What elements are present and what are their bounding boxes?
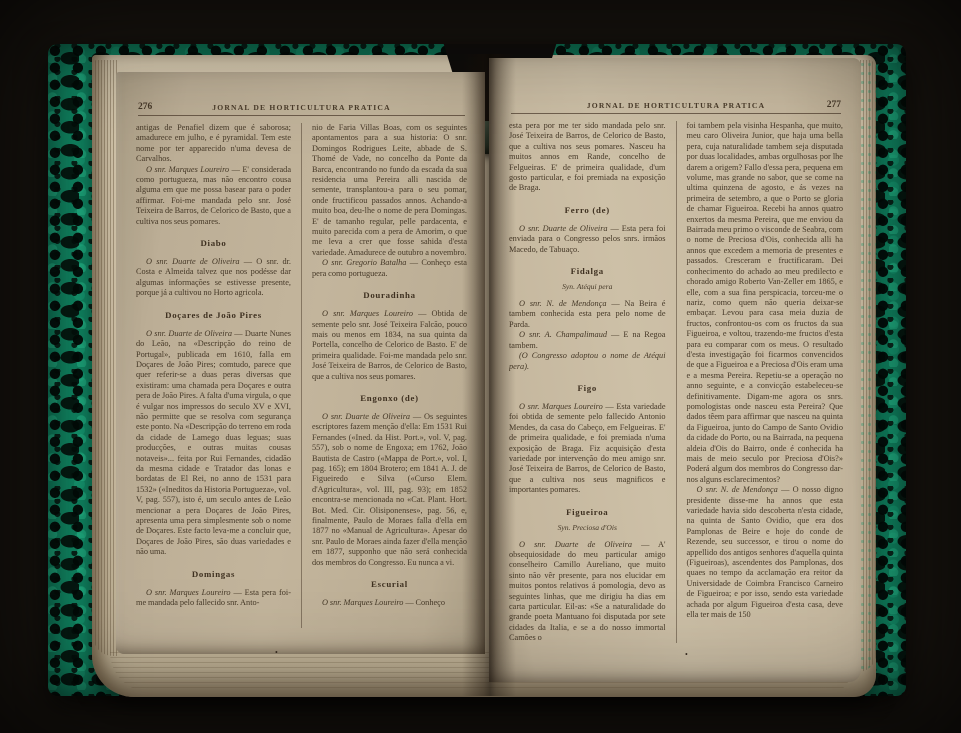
speaker-name: O snr. A. Champalimaud	[519, 330, 611, 339]
paragraph: O snr. Duarte de Oliveira — Duarte Nunes…	[136, 329, 291, 558]
speaker-name: O snr. Gregorio Batalha	[322, 258, 410, 267]
paragraph: O snr. Marques Loureiro — Obtida de seme…	[312, 309, 467, 382]
paragraph: O snr. Duarte de Oliveira — O snr. dr. C…	[136, 257, 291, 299]
speaker-name: O snr. Marques Loureiro	[322, 309, 418, 318]
variety-heading: Ferro (de)	[509, 206, 666, 215]
paragraph: nio de Faria Villas Boas, com os seguint…	[312, 123, 467, 258]
variety-heading: Douradinha	[312, 291, 467, 300]
synonym-line: Syn. Atéqui pera	[509, 282, 666, 291]
speaker-name: O snr. Marques Loureiro	[146, 165, 232, 174]
text-columns: antigas de Penafiel dizem que é saborosa…	[136, 123, 467, 628]
paragraph: O snr. N. de Mendonça — O nosso digno pr…	[687, 485, 844, 620]
paragraph: O snr. N. de Mendonça — Na Beira é tambe…	[509, 299, 666, 330]
running-head: 276 JORNAL DE HORTICULTURA PRATICA	[138, 102, 465, 116]
paragraph: foi tambem pela visinha Hespanha, que mu…	[687, 121, 844, 485]
paragraph: O snr. Gregorio Batalha — Conheço esta p…	[312, 258, 467, 279]
speaker-name: O snr. Marques Loureiro	[519, 402, 605, 411]
paragraph: O snr. Marques Loureiro — E' considerada…	[136, 165, 291, 227]
paragraph: (O Congresso adoptou o nome de Atéqui pe…	[509, 351, 666, 372]
paragraph: O snr. Marques Loureiro — Esta variedade…	[509, 402, 666, 496]
column: esta pera por me ter sido mandada pelo s…	[509, 121, 676, 643]
page-left-276: 276 JORNAL DE HORTICULTURA PRATICA antig…	[116, 72, 485, 654]
page-right-277: JORNAL DE HORTICULTURA PRATICA 277 esta …	[489, 58, 861, 682]
speaker-name: O snr. N. de Mendonça	[519, 299, 611, 308]
signature-mark: •	[275, 648, 278, 657]
column: foi tambem pela visinha Hespanha, que mu…	[676, 121, 844, 643]
speaker-name: O snr. Duarte de Oliveira	[146, 329, 234, 338]
synonym-line: Syn. Preciosa d'Ois	[509, 523, 666, 532]
variety-heading: Domingas	[136, 570, 291, 579]
variety-heading: Doçares de João Pires	[136, 311, 291, 320]
variety-heading: Diabo	[136, 239, 291, 248]
speaker-name: O snr. Marques Loureiro	[322, 598, 405, 607]
journal-title: JORNAL DE HORTICULTURA PRATICA	[174, 103, 429, 112]
paragraph: esta pera por me ter sido mandada pelo s…	[509, 121, 666, 194]
variety-heading: Fidalga	[509, 267, 666, 276]
speaker-name: O snr. N. de Mendonça	[697, 485, 782, 494]
paragraph: O snr. Duarte de Oliveira — A' obsequios…	[509, 540, 666, 643]
speaker-name: O snr. Duarte de Oliveira	[519, 540, 641, 549]
variety-heading: Engonxo (de)	[312, 394, 467, 403]
paragraph: O snr. A. Champalimaud — E na Regoa tamb…	[509, 330, 666, 351]
paragraph: O snr. Marques Loureiro — Conheço	[312, 598, 467, 608]
page-number: 276	[138, 102, 174, 112]
page-stack-left-edge	[93, 60, 118, 656]
variety-heading: Escurial	[312, 580, 467, 589]
column: antigas de Penafiel dizem que é saborosa…	[136, 123, 301, 628]
text-columns: esta pera por me ter sido mandada pelo s…	[509, 121, 843, 643]
journal-title: JORNAL DE HORTICULTURA PRATICA	[547, 101, 805, 110]
column: nio de Faria Villas Boas, com os seguint…	[301, 123, 467, 628]
speaker-name: O snr. Duarte de Oliveira	[146, 257, 244, 266]
paragraph: O snr. Duarte de Oliveira — Esta pera fo…	[509, 224, 666, 255]
book-photo: 276 JORNAL DE HORTICULTURA PRATICA antig…	[0, 0, 961, 733]
page-number: 277	[805, 100, 841, 110]
paragraph: antigas de Penafiel dizem que é saborosa…	[136, 123, 291, 165]
running-head: JORNAL DE HORTICULTURA PRATICA 277	[511, 100, 841, 114]
paragraph: O snr. Marques Loureiro — Esta pera foi-…	[136, 588, 291, 609]
variety-heading: Figueiroa	[509, 508, 666, 517]
signature-mark: •	[685, 650, 688, 659]
speaker-name: O snr. Duarte de Oliveira	[519, 224, 611, 233]
speaker-name: O snr. Marques Loureiro	[146, 588, 233, 597]
paragraph: O snr. Duarte de Oliveira — Os seguintes…	[312, 412, 467, 568]
speaker-name: O snr. Duarte de Oliveira	[322, 412, 413, 421]
variety-heading: Figo	[509, 384, 666, 393]
